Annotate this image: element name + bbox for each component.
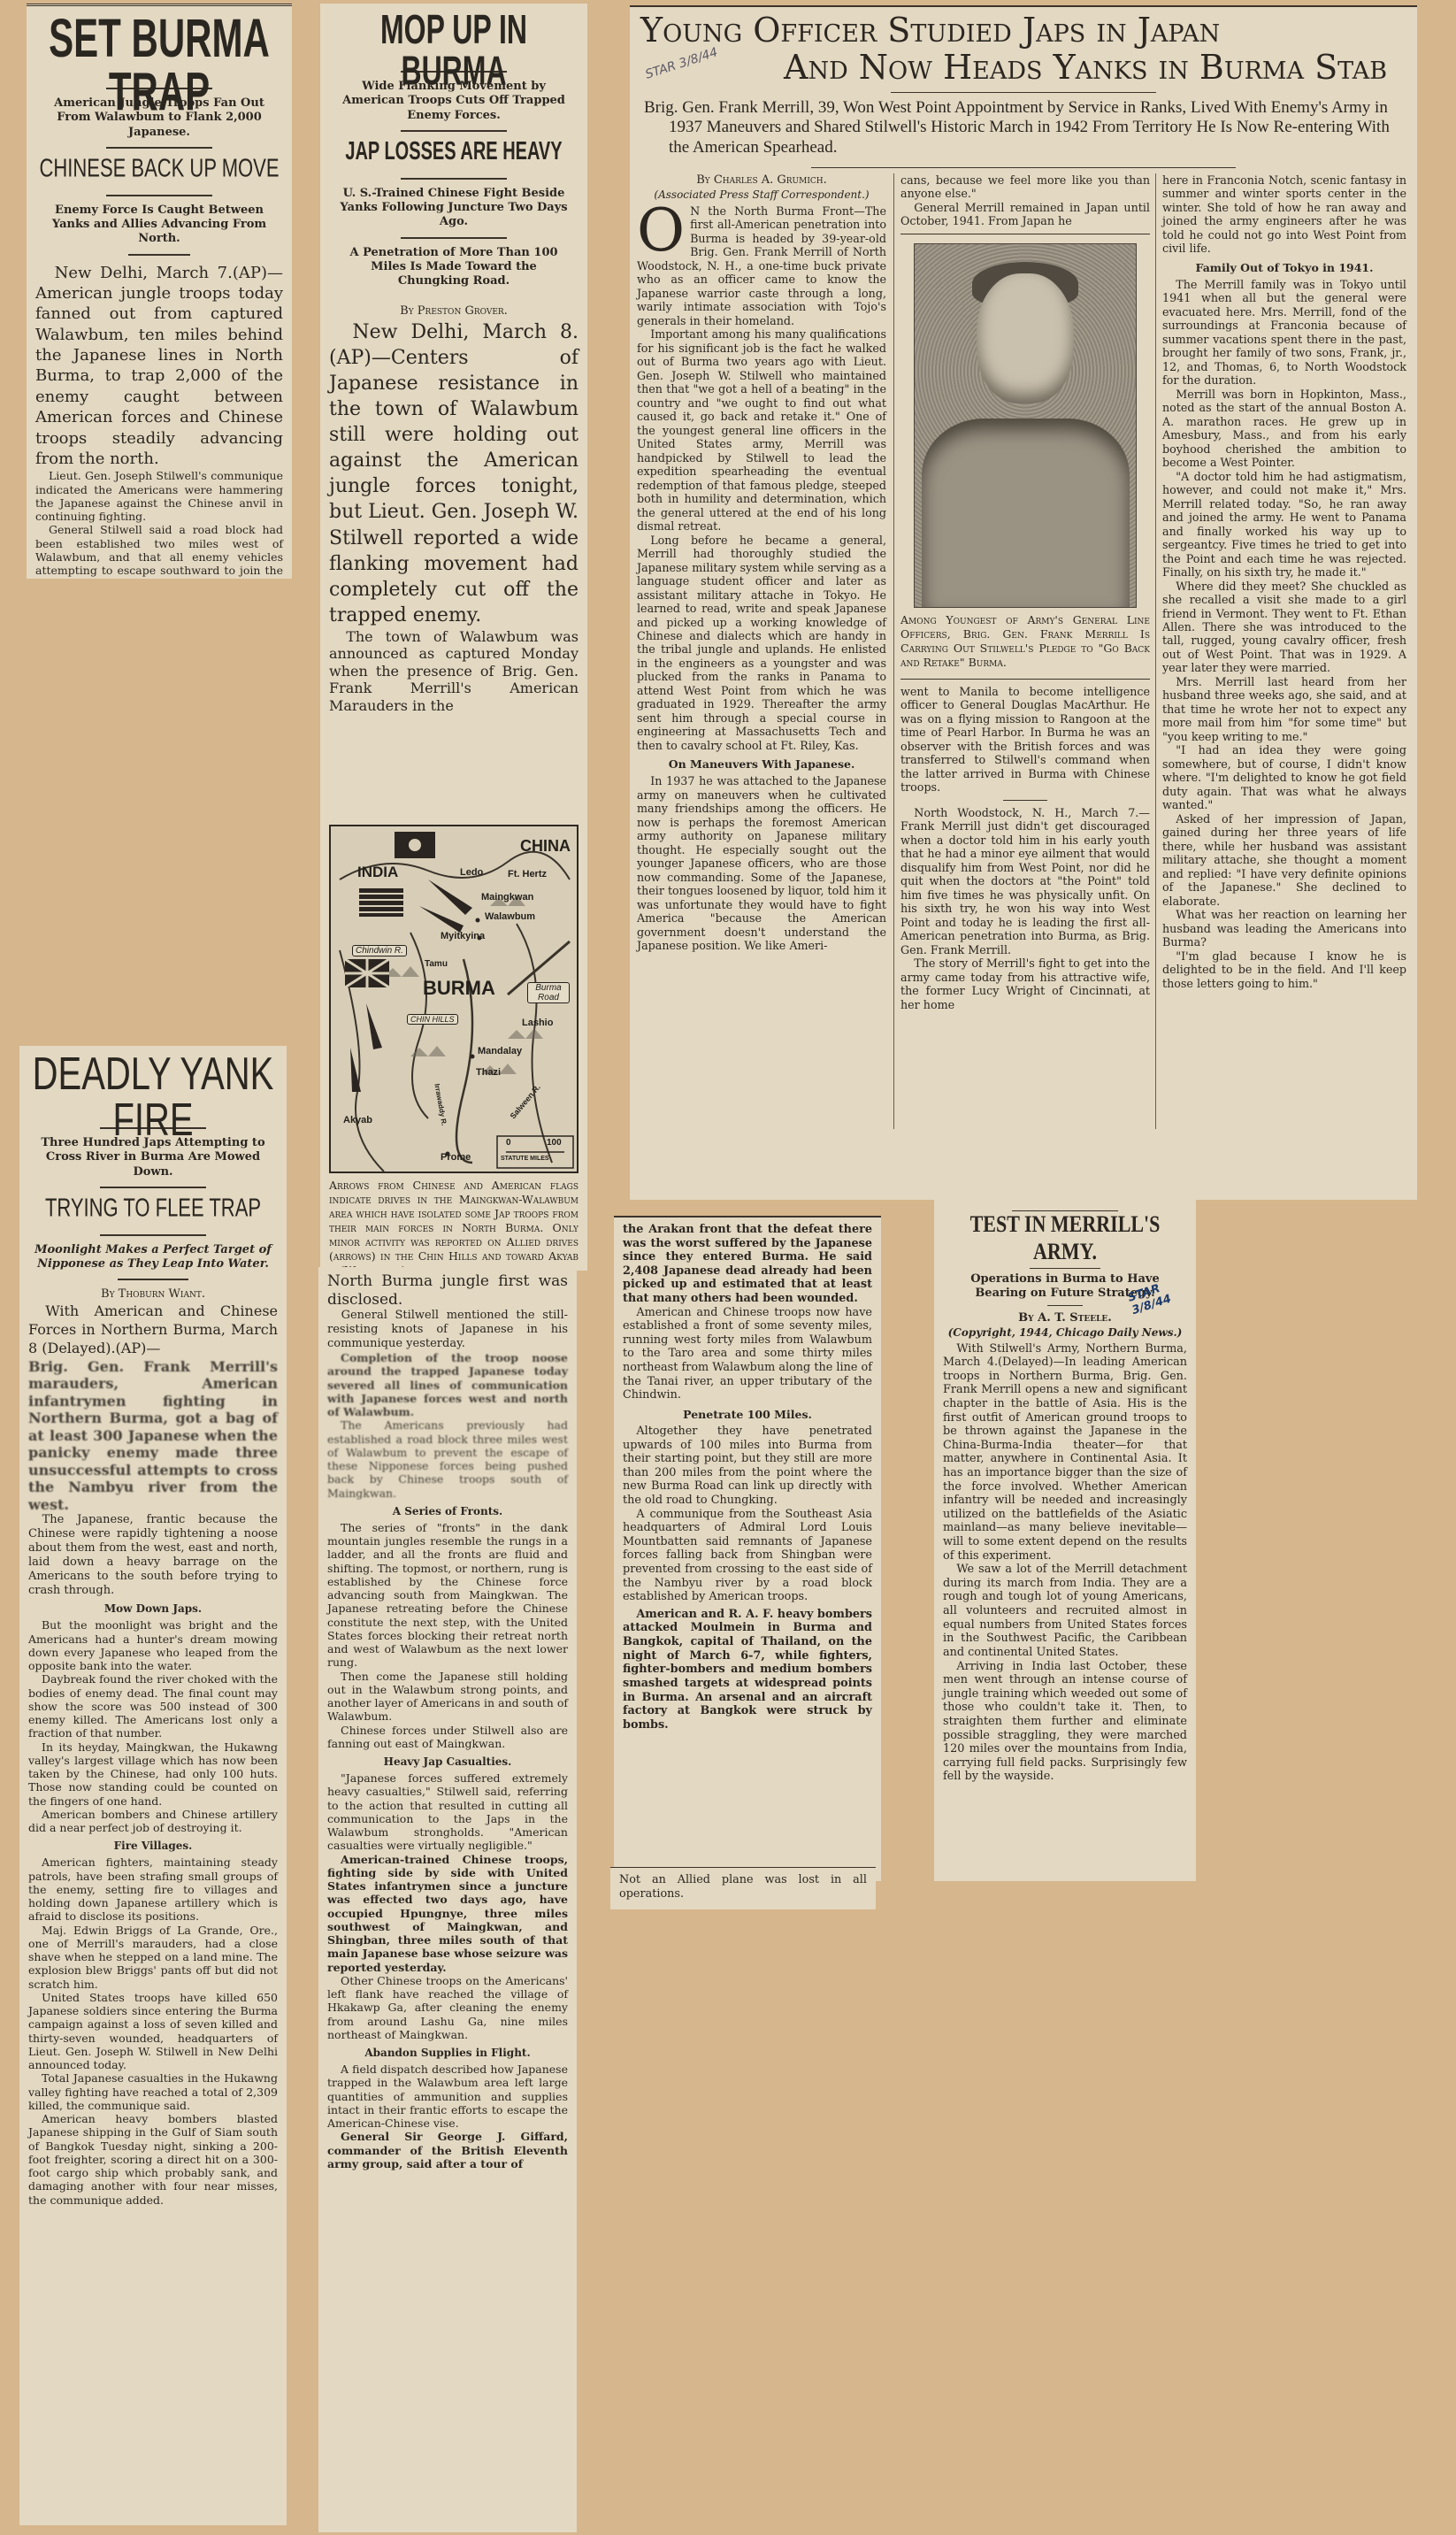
byline: By Preston Grover.: [329, 304, 579, 318]
divider: [401, 237, 507, 239]
divider: [401, 130, 507, 132]
portrait-uniform: [922, 419, 1130, 607]
clipping-burma-map: CHINA INDIA Ledo Ft. Hertz Maingkwan Wal…: [320, 810, 587, 1271]
subhead: Penetrate 100 Miles.: [623, 1408, 872, 1421]
paragraph: We saw a lot of the Merrill detachment d…: [943, 1563, 1187, 1659]
article-body: the Arakan front that the defeat there w…: [623, 1223, 872, 1732]
divider: [128, 254, 190, 256]
paragraph: The Americans previously had established…: [327, 1418, 568, 1500]
paragraph: Important among his many qualifications …: [637, 327, 886, 533]
paragraph: The series of "fronts" in the dank mount…: [327, 1521, 568, 1670]
map-label-ft-hertz: Ft. Hertz: [508, 869, 547, 880]
lead-paragraph: New Delhi, March 7.(AP)—American jungle …: [35, 263, 283, 470]
map-label-china: CHINA: [520, 837, 571, 856]
map-label-myitkyina: Myitkyina: [441, 931, 485, 941]
paragraph: Where did they meet? She chuckled as she…: [1162, 580, 1406, 675]
map-label-maingkwan: Maingkwan: [481, 892, 533, 903]
paragraph: American-trained Chinese troops, fightin…: [327, 1853, 568, 1974]
paragraph: Then come the Japanese still holding out…: [327, 1670, 568, 1724]
lead-paragraph: New Delhi, March 8. (AP)—Centers of Japa…: [329, 319, 579, 627]
paragraph: In its heyday, Maingkwan, the Hukawng va…: [28, 1740, 278, 1808]
paragraph: Altogether they have penetrated upwards …: [623, 1425, 872, 1508]
paragraph: North Burma jungle first was disclosed.: [327, 1272, 568, 1309]
headline: MOP UP IN BURMA: [329, 9, 579, 91]
deck: Moonlight Makes a Perfect Target of Nipp…: [34, 1243, 272, 1272]
divider: [1047, 1305, 1083, 1306]
article-body: New Delhi, March 7.(AP)—American jungle …: [35, 263, 283, 580]
clipping-test-merrills-army: TEST IN MERRILL'S ARMY. Operations in Bu…: [934, 1200, 1196, 1881]
paragraph: Lieut. Gen. Joseph Stilwell's communique…: [35, 469, 283, 523]
clipping-deadly-yank-fire: DEADLY YANK FIRE Three Hundred Japs Atte…: [19, 1046, 287, 2525]
headline-secondary: TRYING TO FLEE TRAP: [28, 1195, 278, 1221]
byline: By Charles A. Grumich.: [637, 173, 886, 187]
paragraph: American heavy bombers blasted Japanese …: [28, 2112, 278, 2207]
map-north-burma: CHINA INDIA Ledo Ft. Hertz Maingkwan Wal…: [329, 825, 579, 1173]
map-caption: Arrows from Chinese and American flags i…: [329, 1179, 579, 1271]
headline: TEST IN MERRILL'S ARMY.: [943, 1210, 1187, 1265]
article-columns: By Charles A. Grumich. (Associated Press…: [637, 173, 1410, 1129]
paragraph: Arriving in India last October, these me…: [943, 1660, 1187, 1784]
paragraph: American and R. A. F. heavy bombers atta…: [623, 1608, 872, 1732]
paragraph: "I had an idea they were going somewhere…: [1162, 743, 1406, 811]
paragraph: Asked of her impression of Japan, gained…: [1162, 812, 1406, 908]
deck: Brig. Gen. Frank Merrill, 39, Won West P…: [640, 98, 1410, 158]
paragraph: General Stilwell mentioned the still-res…: [327, 1309, 568, 1351]
paragraph: United States troops have killed 650 Jap…: [28, 1991, 278, 2072]
paragraph: "Japanese forces suffered extremely heav…: [327, 1771, 568, 1853]
byline: By A. T. Steele.: [943, 1311, 1187, 1325]
credit: (Associated Press Staff Correspondent.): [637, 188, 886, 201]
deck: U. S.-Trained Chinese Fight Beside Yanks…: [334, 187, 573, 230]
credit: (Copyright, 1944, Chicago Daily News.): [943, 1326, 1187, 1339]
portrait-photo: [914, 243, 1137, 608]
subhead: On Maneuvers With Japanese.: [637, 757, 886, 771]
paragraph: The Japanese, frantic because the Chines…: [28, 1513, 278, 1597]
paragraph: But the moonlight was bright and the Ame…: [28, 1618, 278, 1672]
divider: [106, 195, 212, 196]
paragraph: A communique from the Southeast Asia hea…: [623, 1508, 872, 1604]
article-body: With Stilwell's Army, Northern Burma, Ma…: [943, 1342, 1187, 1785]
article-body: North Burma jungle first was disclosed. …: [327, 1272, 568, 2170]
map-label-chin-hills: CHIN HILLS: [407, 1014, 458, 1025]
divider: [900, 234, 1150, 234]
paragraph: "I'm glad because I know he is delighted…: [1162, 949, 1406, 990]
map-label-lashio: Lashio: [522, 1018, 553, 1028]
paragraph: Chinese forces under Stilwell also are f…: [327, 1724, 568, 1751]
paragraph: the Arakan front that the defeat there w…: [623, 1223, 872, 1306]
paragraph: What was her reaction on learning her hu…: [1162, 908, 1406, 949]
subhead: Mow Down Japs.: [28, 1602, 278, 1615]
map-label-akyab: Akyab: [343, 1115, 372, 1125]
paragraph: Long before he became a general, Merrill…: [637, 534, 886, 753]
map-label-thazi: Thazi: [476, 1067, 501, 1078]
map-label-burma: BURMA: [423, 977, 495, 1000]
clipping-set-burma-trap: SET BURMA TRAP American Jungle Troops Fa…: [27, 4, 292, 579]
article-body: New Delhi, March 8. (AP)—Centers of Japa…: [329, 319, 579, 714]
subhead: Abandon Supplies in Flight.: [327, 2047, 568, 2059]
subhead: Heavy Jap Casualties.: [327, 1755, 568, 1768]
column-1: By Charles A. Grumich. (Associated Press…: [637, 173, 886, 953]
paragraph: Brig. Gen. Frank Merrill's marauders, Am…: [28, 1358, 278, 1514]
map-label-burma-road: Burma Road: [527, 982, 570, 1003]
divider: [118, 1279, 188, 1280]
paragraph: Completion of the troop noose around the…: [327, 1351, 568, 1418]
clipping-arakan-front: the Arakan front that the defeat there w…: [614, 1216, 881, 1881]
paragraph: "A doctor told him he had astigmatism, h…: [1162, 470, 1406, 580]
divider: [401, 178, 507, 180]
paragraph: With Stilwell's Army, Northern Burma, Ma…: [943, 1342, 1187, 1563]
clipping-mop-up-in-burma: MOP UP IN BURMA Wide Flanking Movement b…: [320, 4, 587, 810]
divider: [1030, 1268, 1100, 1269]
paragraph: The town of Walawbum was announced as ca…: [329, 628, 579, 715]
paragraph: General Stilwell said a road block had b…: [35, 523, 283, 579]
lead-paragraph: With American and Chinese Forces in Nort…: [28, 1302, 278, 1357]
map-label-ledo: Ledo: [460, 867, 483, 878]
map-label-walawbum: Walawbum: [485, 911, 535, 922]
clipping-mop-up-continued: North Burma jungle first was disclosed. …: [318, 1267, 577, 2532]
headline-line-1: Young Officer Studied Japs in Japan: [640, 12, 1410, 50]
subhead: A Series of Fronts.: [327, 1505, 568, 1517]
drop-cap: O: [637, 206, 685, 256]
byline: By Thoburn Wiant.: [28, 1287, 278, 1301]
divider: [900, 679, 1150, 680]
map-label-chindwin: Chindwin R.: [352, 945, 407, 956]
paragraph: Mrs. Merrill last heard from her husband…: [1162, 675, 1406, 743]
headline-secondary: JAP LOSSES ARE HEAVY: [329, 139, 579, 165]
paragraph: Total Japanese casualties in the Hukawng…: [28, 2071, 278, 2112]
column-2: cans, because we feel more like you than…: [900, 173, 1150, 1011]
deck: Enemy Force Is Caught Between Yanks and …: [41, 204, 278, 247]
subhead: Family Out of Tokyo in 1941.: [1162, 261, 1406, 274]
map-label-prome: Prome: [441, 1152, 471, 1163]
column-3: here in Franconia Notch, scenic fantasy …: [1162, 173, 1406, 990]
map-label-mandalay: Mandalay: [478, 1046, 522, 1056]
divider: [811, 167, 1236, 168]
column-rule: [1155, 173, 1156, 1129]
paragraph: Daybreak found the river choked with the…: [28, 1672, 278, 1740]
pencil-annotation: STAR 3/8/44: [644, 45, 720, 81]
paragraph: General Merrill remained in Japan until …: [900, 201, 1150, 228]
headline: DEADLY YANK FIRE: [28, 1051, 278, 1143]
clipping-no-plane-lost: Not an Allied plane was lost in all oper…: [610, 1867, 876, 1909]
map-label-india: INDIA: [357, 864, 398, 881]
headline-secondary: CHINESE BACK UP MOVE: [35, 156, 283, 181]
paragraph: The story of Merrill's fight to get into…: [900, 956, 1150, 1011]
divider: [891, 92, 1156, 93]
paragraph: North Woodstock, N. H., March 7.—Frank M…: [900, 806, 1150, 956]
paragraph: American and Chinese troops now have est…: [623, 1306, 872, 1402]
map-scale-hundred: 100: [547, 1138, 562, 1148]
paragraph: Merrill was born in Hopkinton, Mass., no…: [1162, 388, 1406, 470]
paragraph: The Merrill family was in Tokyo until 19…: [1162, 278, 1406, 388]
portrait-head: [977, 273, 1074, 404]
headline: SET BURMA TRAP: [35, 12, 283, 119]
paragraph: here in Franconia Notch, scenic fantasy …: [1162, 173, 1406, 256]
map-scale-zero: 0: [506, 1138, 511, 1148]
divider: [1003, 800, 1047, 801]
paragraph: went to Manila to become intelligence of…: [900, 685, 1150, 795]
map-scale-unit: STATUTE MILES: [501, 1156, 549, 1162]
paragraph: A field dispatch described how Japanese …: [327, 2063, 568, 2130]
headline-line-2: And Now Heads Yanks in Burma Stab: [784, 50, 1410, 87]
map-label-tamu: Tamu: [425, 959, 448, 969]
divider: [100, 1187, 206, 1188]
column-rule: [893, 173, 894, 1129]
paragraph: Not an Allied plane was lost in all oper…: [619, 1873, 867, 1901]
article-body: With American and Chinese Forces in Nort…: [28, 1302, 278, 2207]
paragraph: American fighters, maintaining steady pa…: [28, 1855, 278, 1923]
paragraph: Maj. Edwin Briggs of La Grande, Ore., on…: [28, 1924, 278, 1991]
clipping-young-officer: Young Officer Studied Japs in Japan And …: [630, 5, 1417, 1200]
paragraph: Other Chinese troops on the Americans' l…: [327, 1974, 568, 2041]
paragraph: General Sir George J. Giffard, commander…: [327, 2130, 568, 2170]
paragraph: In 1937 he was attached to the Japanese …: [637, 774, 886, 952]
divider: [100, 1234, 206, 1236]
divider: [106, 147, 212, 149]
photo-caption: Among Youngest of Army's General Line Of…: [900, 613, 1150, 670]
paragraph: American bombers and Chinese artillery d…: [28, 1808, 278, 1835]
paragraph: cans, because we feel more like you than…: [900, 173, 1150, 201]
subhead: Fire Villages.: [28, 1840, 278, 1852]
deck: A Penetration of More Than 100 Miles Is …: [334, 246, 573, 289]
